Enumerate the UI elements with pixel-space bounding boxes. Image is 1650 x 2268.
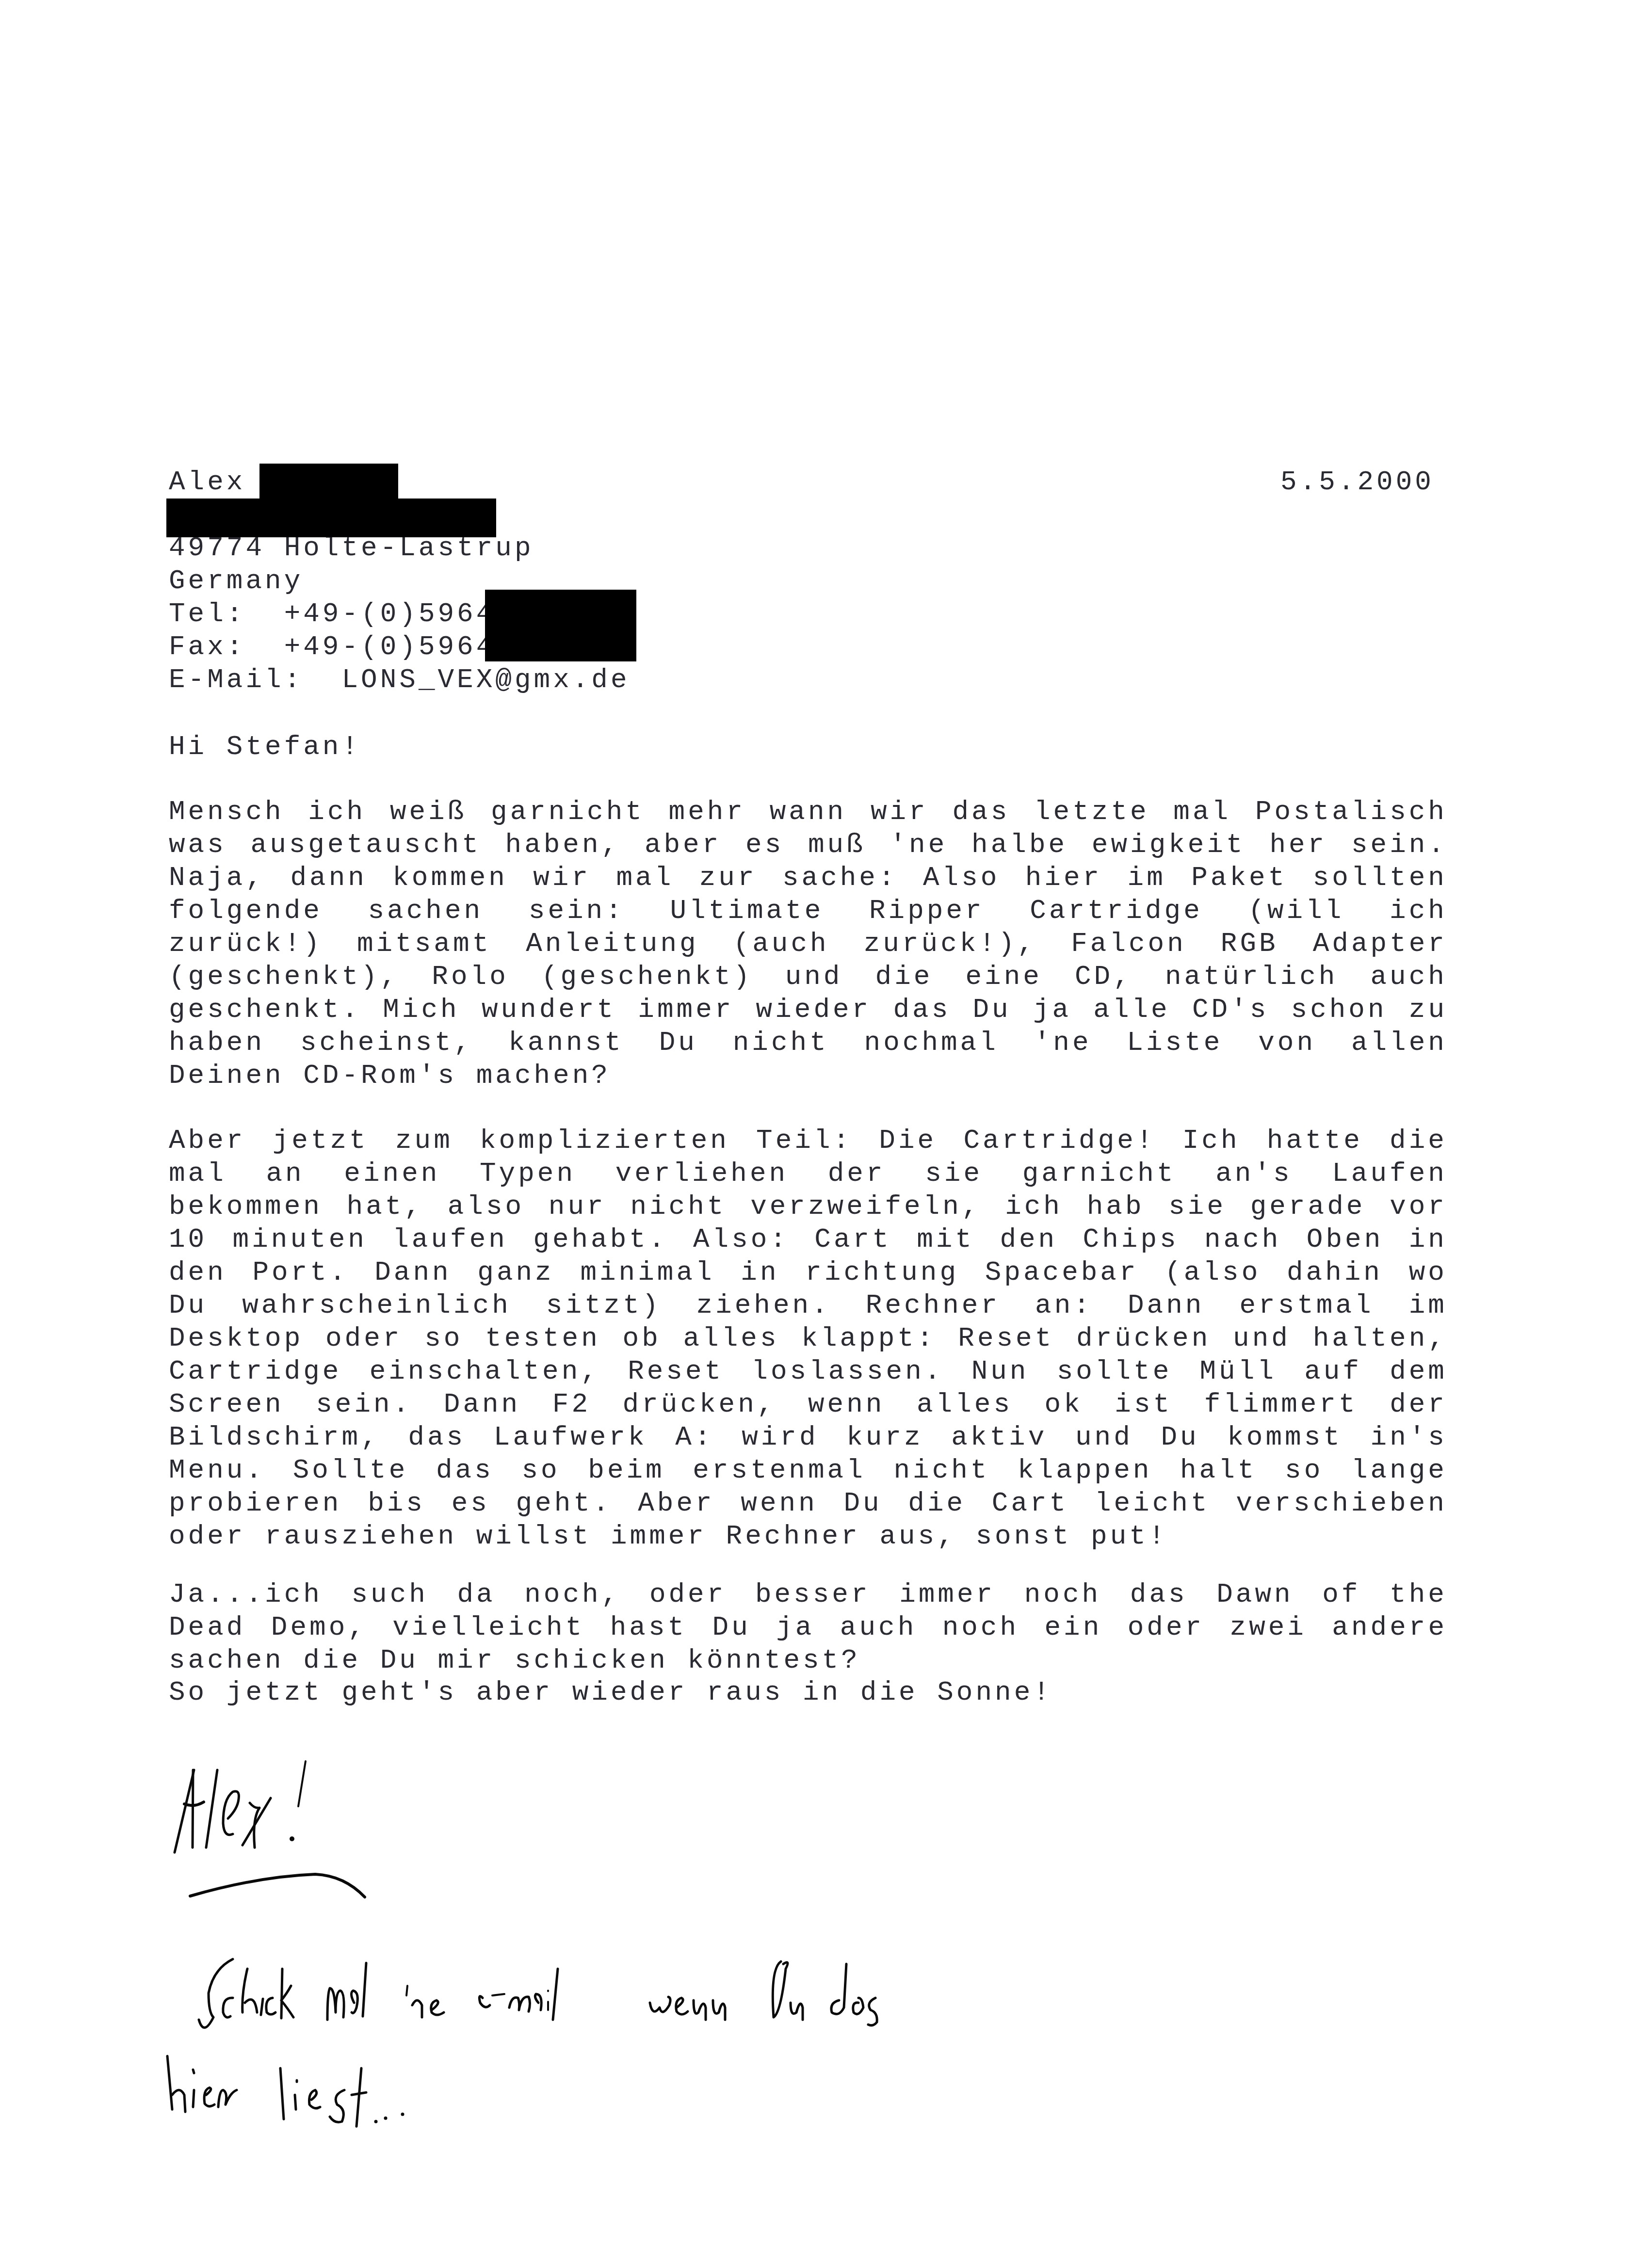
text-line: oder rausziehen willst immer Rechner aus… <box>169 1520 1447 1553</box>
word: halt <box>1180 1454 1257 1487</box>
word: Aber <box>638 1487 714 1520</box>
text-line: AberjetztzumkompliziertenTeil:DieCartrid… <box>169 1124 1447 1157</box>
word: drücken <box>1076 1322 1211 1355</box>
word: und <box>785 960 843 993</box>
word: Ripper <box>869 894 985 927</box>
word: Cartridge! <box>963 1124 1155 1157</box>
text-line: zurück!)mitsamtAnleitung(auchzurück!),Fa… <box>169 927 1447 960</box>
word: Dann <box>374 1256 451 1289</box>
word: kommen <box>392 861 508 894</box>
word: in <box>1409 1223 1447 1256</box>
paragraph-3: Ja...ichsuchdanoch,oderbesserimmernochda… <box>169 1578 1447 1677</box>
word: eine <box>965 960 1042 993</box>
word: komplizierten <box>480 1124 729 1157</box>
word: Reset <box>628 1355 724 1388</box>
word: einschalten, <box>370 1355 600 1388</box>
word: sache: <box>782 861 898 894</box>
word: 'ne <box>1034 1026 1092 1059</box>
word: sein. <box>316 1388 412 1421</box>
letter-date: 5.5.2000 <box>1280 466 1434 499</box>
word: alles <box>683 1322 779 1355</box>
word: kommst <box>1227 1421 1343 1454</box>
word: haben <box>169 1026 265 1059</box>
word: der <box>828 1157 886 1190</box>
text-line: probierenbisesgeht.AberwennDudieCartleic… <box>169 1487 1447 1520</box>
word: laufen <box>392 1223 508 1256</box>
word: Screen <box>169 1388 284 1421</box>
word: was <box>169 828 226 861</box>
word: probieren <box>169 1487 341 1520</box>
word: aber <box>645 828 721 861</box>
word: Spacebar <box>985 1256 1139 1289</box>
word: Adapter <box>1313 927 1447 960</box>
text-line: Ja...ichsuchdanoch,oderbesserimmernochda… <box>169 1578 1447 1611</box>
fax-label: Fax: <box>169 631 245 662</box>
text-line: Cartridgeeinschalten,Resetloslassen.Nuns… <box>169 1355 1447 1388</box>
word: so <box>521 1454 560 1487</box>
word: ich <box>1390 894 1447 927</box>
word: auch <box>1370 960 1447 993</box>
word: auf <box>1304 1355 1362 1388</box>
word: Demo, <box>271 1611 367 1644</box>
word: sein: <box>529 894 625 927</box>
word: verschieben <box>1236 1487 1447 1520</box>
word: jetzt <box>273 1124 369 1157</box>
word: mal <box>169 1157 226 1190</box>
text-line: Deinen CD-Rom's machen? <box>169 1059 1447 1092</box>
word: wieder <box>756 993 872 1026</box>
word: ich <box>1005 1190 1063 1223</box>
word: 10 <box>169 1223 207 1256</box>
word: wir <box>871 795 928 828</box>
word: of <box>1322 1578 1360 1611</box>
word: Ultimate <box>670 894 824 927</box>
redaction-surname <box>259 464 398 499</box>
word: natürlich <box>1165 960 1338 993</box>
word: klappen <box>1018 1454 1152 1487</box>
word: dem <box>1390 1355 1447 1388</box>
word: haben, <box>505 828 621 861</box>
word: Also <box>923 861 1000 894</box>
word: Reset <box>958 1322 1054 1355</box>
word: Liste <box>1127 1026 1223 1059</box>
closing-line: So jetzt geht's aber wieder raus in die … <box>169 1676 1447 1709</box>
word: garnicht <box>491 795 645 828</box>
word: Menu. <box>169 1454 265 1487</box>
word: Dead <box>169 1611 245 1644</box>
word: in <box>741 1256 779 1289</box>
text-line: bekommenhat,alsonurnichtverzweifeln,ichh… <box>169 1190 1447 1223</box>
sender-name: Alex <box>169 466 245 499</box>
word: wenn <box>741 1487 817 1520</box>
word: Nun <box>971 1355 1029 1388</box>
word: 'ne <box>890 828 948 861</box>
word: ich <box>308 795 366 828</box>
word: der <box>1390 1388 1447 1421</box>
word: Rechner <box>866 1289 1000 1322</box>
word: sachen <box>368 894 484 927</box>
word: Dann <box>1128 1289 1204 1322</box>
text-line: Menschichweißgarnichtmehrwannwirdasletzt… <box>169 795 1447 828</box>
word: hab <box>1087 1190 1145 1223</box>
text-line: folgendesachensein:UltimateRipperCartrid… <box>169 894 1447 927</box>
word: Dann <box>444 1388 520 1421</box>
word: bis <box>368 1487 425 1520</box>
word: Du <box>1161 1421 1199 1454</box>
word: Paket <box>1191 861 1287 894</box>
word: F2 <box>552 1388 591 1421</box>
word: noch <box>942 1611 1019 1644</box>
word: die <box>908 1487 966 1520</box>
word: muß <box>808 828 866 861</box>
word: nicht <box>630 1190 726 1223</box>
word: auch <box>840 1611 917 1644</box>
word: sollten <box>1313 861 1447 894</box>
word: oder <box>325 1322 402 1355</box>
word: so <box>1285 1454 1323 1487</box>
text-line: wasausgetauschthaben,aberesmuß'nehalbeew… <box>169 828 1447 861</box>
redaction-street-address <box>166 499 496 537</box>
word: testen <box>485 1322 600 1355</box>
text-line: Bildschirm,dasLaufwerkA:wirdkurzaktivund… <box>169 1421 1447 1454</box>
word: das <box>893 993 951 1026</box>
word: Chips <box>1083 1223 1179 1256</box>
word: schon <box>1291 993 1387 1026</box>
word: ob <box>623 1322 661 1355</box>
greeting: Hi Stefan! <box>169 730 361 763</box>
word: Sollte <box>293 1454 408 1487</box>
word: bekommen <box>169 1190 323 1223</box>
email-label: E-Mail: <box>169 664 303 695</box>
word: kannst <box>508 1026 624 1059</box>
word: the <box>1390 1578 1447 1611</box>
word: vor <box>1390 1190 1447 1223</box>
word: leicht <box>1095 1487 1210 1520</box>
word: nach <box>1204 1223 1281 1256</box>
word: beim <box>588 1454 664 1487</box>
word: die <box>875 960 933 993</box>
word: mitsamt <box>357 927 491 960</box>
word: CD, <box>1075 960 1132 993</box>
word: alles <box>917 1388 1013 1421</box>
word: Oben <box>1307 1223 1383 1256</box>
word: geschenkt. <box>169 993 361 1026</box>
word: immer <box>638 993 734 1026</box>
word: weiß <box>390 795 467 828</box>
word: wahrscheinlich <box>242 1289 511 1322</box>
word: garnicht <box>1022 1157 1176 1190</box>
word: minimal <box>580 1256 714 1289</box>
word: die <box>1390 1124 1447 1157</box>
word: mal <box>616 861 674 894</box>
word: von <box>1258 1026 1316 1059</box>
word: erstenmal <box>693 1454 865 1487</box>
text-line: geschenkt.MichwundertimmerwiederdasDujaa… <box>169 993 1447 1026</box>
text-line: Desktopodersotestenoballesklappt:Resetdr… <box>169 1322 1447 1355</box>
paragraph-2: AberjetztzumkompliziertenTeil:DieCartrid… <box>169 1124 1447 1553</box>
word: sie <box>925 1157 983 1190</box>
word: gehabt. <box>533 1223 667 1256</box>
handwritten-signature: Alex! <box>160 1755 645 1930</box>
word: Anleitung <box>526 927 698 960</box>
word: Cartridge <box>1030 894 1202 927</box>
word: Falcon <box>1071 927 1186 960</box>
word: letzte <box>1034 795 1149 828</box>
word: scheinst, <box>300 1026 473 1059</box>
word: klappt: <box>801 1322 936 1355</box>
word: CD's <box>1192 993 1269 1026</box>
word: sie <box>1168 1190 1226 1223</box>
word: Mensch <box>169 795 284 828</box>
word: zwei <box>1230 1611 1307 1644</box>
word: halten, <box>1313 1322 1447 1355</box>
word: Mich <box>383 993 459 1026</box>
word: nicht <box>733 1026 829 1059</box>
word: her <box>1269 828 1327 861</box>
word: mehr <box>669 795 745 828</box>
word: Desktop <box>169 1322 303 1355</box>
word: das <box>408 1421 466 1454</box>
word: lange <box>1351 1454 1447 1487</box>
word: Dawn <box>1216 1578 1293 1611</box>
word: Postalisch <box>1255 795 1447 828</box>
sender-fax: Fax: +49-(0)5964- <box>169 630 515 663</box>
word: Du <box>843 1487 882 1520</box>
word: folgende <box>169 894 323 927</box>
word: Naja, <box>169 861 265 894</box>
word: ausgetauscht <box>251 828 481 861</box>
word: einen <box>344 1157 440 1190</box>
letter-page: Alex 49774 Holte-Lastrup Germany Tel: +4… <box>0 0 1650 2268</box>
word: such <box>351 1578 428 1611</box>
word: und <box>1233 1322 1291 1355</box>
text-line: Screensein.DannF2drücken,wennallesokistf… <box>169 1388 1447 1421</box>
word: mal <box>1173 795 1231 828</box>
word: im <box>1128 861 1166 894</box>
word: so <box>424 1322 463 1355</box>
paragraph-1: Menschichweißgarnichtmehrwannwirdasletzt… <box>169 795 1447 1092</box>
word: hast <box>610 1611 687 1644</box>
word: geht. <box>516 1487 612 1520</box>
word: in's <box>1371 1421 1447 1454</box>
word: Cart <box>814 1223 891 1256</box>
text-line: sachen die Du mir schicken könntest? <box>169 1644 1447 1677</box>
word: Cart <box>992 1487 1068 1520</box>
word: das <box>952 795 1010 828</box>
word: das <box>436 1454 494 1487</box>
word: dann <box>290 861 367 894</box>
word: ist <box>1115 1388 1172 1421</box>
word: ziehen. <box>696 1289 830 1322</box>
text-line: So jetzt geht's aber wieder raus in die … <box>169 1676 1447 1709</box>
word: (will <box>1248 894 1344 927</box>
word: im <box>1409 1289 1447 1322</box>
word: Ja...ich <box>169 1578 323 1611</box>
word: richtung <box>805 1256 959 1289</box>
word: sollte <box>1057 1355 1172 1388</box>
word: noch, <box>524 1578 620 1611</box>
word: verzweifeln, <box>750 1190 981 1223</box>
handwritten-note: Schick mal 'ne e-mail wenn Du das <box>160 1940 1373 2182</box>
word: loslassen. <box>751 1355 943 1388</box>
word: hier <box>1025 861 1102 894</box>
word: nicht <box>893 1454 989 1487</box>
word: ewigkeit <box>1092 828 1246 861</box>
sender-email: E-Mail: LONS_VEX@gmx.de <box>169 663 630 696</box>
word: wundert <box>482 993 616 1026</box>
word: kurz <box>846 1421 923 1454</box>
word: Du <box>712 1611 751 1644</box>
word: Du <box>659 1026 697 1059</box>
fax-number: +49-(0)5964- <box>284 631 515 662</box>
word: (geschenkt) <box>541 960 753 993</box>
word: zu <box>1409 993 1447 1026</box>
word: Rolo <box>432 960 508 993</box>
text-line: Menu.Solltedassobeimerstenmalnichtklappe… <box>169 1454 1447 1487</box>
word: wir <box>533 861 591 894</box>
word: Cartridge <box>169 1355 341 1388</box>
word: an's <box>1215 1157 1292 1190</box>
word: nur <box>549 1190 606 1223</box>
word: an <box>266 1157 304 1190</box>
word: noch <box>1024 1578 1101 1611</box>
word: minuten <box>233 1223 367 1256</box>
word: also <box>448 1190 524 1223</box>
word: an: <box>1035 1289 1093 1322</box>
word: wo <box>1409 1256 1447 1289</box>
word: zurück!) <box>169 927 323 960</box>
word: flimmert <box>1204 1388 1358 1421</box>
tel-number: +49-(0)5964- <box>284 598 515 629</box>
word: A: <box>675 1421 713 1454</box>
word: ein <box>1044 1611 1102 1644</box>
word: da <box>457 1578 495 1611</box>
word: es <box>452 1487 490 1520</box>
word: Müll <box>1200 1355 1277 1388</box>
text-line: Duwahrscheinlichsitzt)ziehen.Rechneran:D… <box>169 1289 1447 1322</box>
word: es <box>745 828 784 861</box>
word: Also: <box>693 1223 789 1256</box>
word: zur <box>699 861 757 894</box>
word: allen <box>1351 1026 1447 1059</box>
tel-label: Tel: <box>169 598 245 629</box>
email-address: LONS_VEX@gmx.de <box>341 664 630 695</box>
text-line: 10minutenlaufengehabt.Also:CartmitdenChi… <box>169 1223 1447 1256</box>
word: nochmal <box>864 1026 999 1059</box>
word: zum <box>395 1124 453 1157</box>
word: Laufwerk <box>494 1421 647 1454</box>
word: hatte <box>1267 1124 1363 1157</box>
word: (auch <box>733 927 829 960</box>
word: den <box>169 1256 226 1289</box>
word: verliehen <box>615 1157 788 1190</box>
word: vielleicht <box>392 1611 584 1644</box>
word: Du <box>972 993 1011 1026</box>
redaction-phone-fax-extension <box>485 590 636 661</box>
word: aktiv <box>951 1421 1047 1454</box>
word: Du <box>169 1289 207 1322</box>
word: wenn <box>808 1388 885 1421</box>
word: oder <box>1128 1611 1204 1644</box>
word: Port. <box>253 1256 349 1289</box>
word: gerade <box>1250 1190 1366 1223</box>
word: ok <box>1045 1388 1083 1421</box>
word: mit <box>917 1223 974 1256</box>
word: und <box>1075 1421 1133 1454</box>
text-line: (geschenkt),Rolo(geschenkt)unddieeineCD,… <box>169 960 1447 993</box>
word: Aber <box>169 1124 245 1157</box>
word: erstmal <box>1239 1289 1374 1322</box>
word: oder <box>649 1578 726 1611</box>
word: (also <box>1165 1256 1261 1289</box>
word: Laufen <box>1332 1157 1447 1190</box>
word: ja <box>776 1611 814 1644</box>
word: drücken, <box>623 1388 776 1421</box>
word: Typen <box>480 1157 576 1190</box>
word: immer <box>899 1578 995 1611</box>
word: Die <box>879 1124 937 1157</box>
text-line: habenscheinst,kannstDunichtnochmal'neLis… <box>169 1026 1447 1059</box>
word: Bildschirm, <box>169 1421 380 1454</box>
word: den <box>1000 1223 1057 1256</box>
word: ganz <box>477 1256 554 1289</box>
word: wird <box>742 1421 818 1454</box>
word: zurück!), <box>864 927 1036 960</box>
word: ja <box>1033 993 1071 1026</box>
word: wann <box>770 795 846 828</box>
sender-tel: Tel: +49-(0)5964- <box>169 597 515 630</box>
word: Teil: <box>756 1124 852 1157</box>
word: das <box>1130 1578 1188 1611</box>
word: dahin <box>1287 1256 1383 1289</box>
text-line: malaneinenTypenverliehendersiegarnichtan… <box>169 1157 1447 1190</box>
word: Ich <box>1182 1124 1240 1157</box>
word: RGB <box>1221 927 1278 960</box>
word: andere <box>1332 1611 1447 1644</box>
word: besser <box>755 1578 871 1611</box>
word: sein. <box>1351 828 1447 861</box>
word: alle <box>1093 993 1170 1026</box>
text-line: denPort.DannganzminimalinrichtungSpaceba… <box>169 1256 1447 1289</box>
word: (geschenkt), <box>169 960 399 993</box>
word: halbe <box>971 828 1068 861</box>
text-line: DeadDemo,vielleichthastDujaauchnocheinod… <box>169 1611 1447 1644</box>
word: hat, <box>347 1190 423 1223</box>
sender-country: Germany <box>169 564 303 597</box>
text-line: Naja,dannkommenwirmalzursache:Alsohierim… <box>169 861 1447 894</box>
word: sitzt) <box>546 1289 662 1322</box>
